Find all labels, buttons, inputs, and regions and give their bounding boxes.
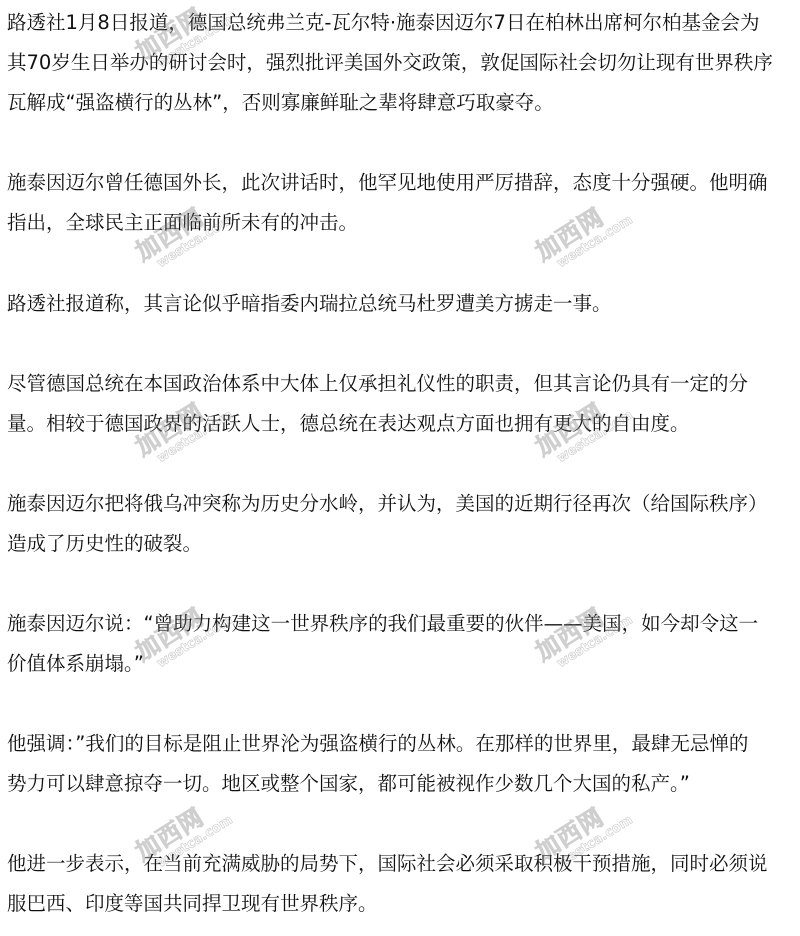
paragraph-2: 施泰因迈尔曾任德国外长，此次讲话时，他罕见地使用严厉措辞，态度十分强硬。他明确 … xyxy=(7,163,768,243)
paragraph-line: 路透社1月8日报道，德国总统弗兰克-瓦尔特·施泰因迈尔7日在柏林出席柯尔柏基金会… xyxy=(7,3,773,43)
paragraph-line: 量。相较于德国政界的活跃人士，德总统在表达观点方面也拥有更大的自由度。 xyxy=(7,404,748,444)
paragraph-line: 瓦解成“强盗横行的丛林”，否则寡廉鲜耻之辈将肆意巧取豪夺。 xyxy=(7,83,773,123)
paragraph-line: 施泰因迈尔把将俄乌冲突称为历史分水岭，并认为，美国的近期行径再次（给国际秩序） xyxy=(7,484,768,524)
paragraph-line: 施泰因迈尔说：“曾助力构建这一世界秩序的我们最重要的伙伴——美国，如今却令这一 xyxy=(7,604,758,644)
paragraph-8: 他进一步表示，在当前充满威胁的局势下，国际社会必须采取积极干预措施，同时必须说 … xyxy=(7,844,768,924)
paragraph-6: 施泰因迈尔说：“曾助力构建这一世界秩序的我们最重要的伙伴——美国，如今却令这一 … xyxy=(7,604,758,684)
paragraph-line: 路透社报道称，其言论似乎暗指委内瑞拉总统马杜罗遭美方掳走一事。 xyxy=(7,284,612,324)
paragraph-line: 其70岁生日举办的研讨会时，强烈批评美国外交政策，敦促国际社会切勿让现有世界秩序 xyxy=(7,43,773,83)
paragraph-line: 指出，全球民主正面临前所未有的冲击。 xyxy=(7,203,768,243)
paragraph-line: 尽管德国总统在本国政治体系中大体上仅承担礼仪性的职责，但其言论仍具有一定的分 xyxy=(7,364,748,404)
paragraph-line: 势力可以肆意掠夺一切。地区或整个国家，都可能被视作少数几个大国的私产。” xyxy=(7,764,748,804)
paragraph-line: 施泰因迈尔曾任德国外长，此次讲话时，他罕见地使用严厉措辞，态度十分强硬。他明确 xyxy=(7,163,768,203)
paragraph-5: 施泰因迈尔把将俄乌冲突称为历史分水岭，并认为，美国的近期行径再次（给国际秩序） … xyxy=(7,484,768,564)
paragraph-line: 他进一步表示，在当前充满威胁的局势下，国际社会必须采取积极干预措施，同时必须说 xyxy=(7,844,768,884)
paragraph-4: 尽管德国总统在本国政治体系中大体上仅承担礼仪性的职责，但其言论仍具有一定的分 量… xyxy=(7,364,748,444)
paragraph-3: 路透社报道称，其言论似乎暗指委内瑞拉总统马杜罗遭美方掳走一事。 xyxy=(7,284,612,324)
paragraph-line: 造成了历史性的破裂。 xyxy=(7,524,768,564)
paragraph-line: 服巴西、印度等国共同捍卫现有世界秩序。 xyxy=(7,884,768,924)
paragraph-line: 他强调：”我们的目标是阻止世界沦为强盗横行的丛林。在那样的世界里，最肆无忌惮的 xyxy=(7,724,748,764)
paragraph-line: 价值体系崩塌。” xyxy=(7,644,758,684)
paragraph-1: 路透社1月8日报道，德国总统弗兰克-瓦尔特·施泰因迈尔7日在柏林出席柯尔柏基金会… xyxy=(7,3,773,123)
paragraph-7: 他强调：”我们的目标是阻止世界沦为强盗横行的丛林。在那样的世界里，最肆无忌惮的 … xyxy=(7,724,748,804)
